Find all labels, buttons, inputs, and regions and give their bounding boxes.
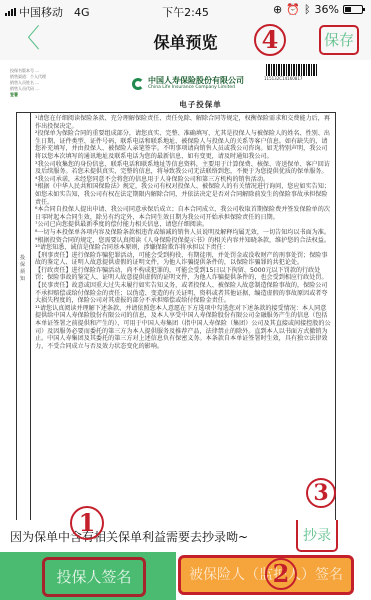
notice-paragraph: ⁵根据《中华人民共和国保险法》规定，我公司有权对投保人、被保险人的有关情况进行询… [35, 183, 331, 206]
company-name-cn: 中国人寿保险股份有限公司 [148, 76, 244, 85]
china-life-logo-icon [132, 78, 144, 90]
notice-paragraph: ¹请您在仔细阅读保险条款、充分理解保险责任、责任免除、解除合同等规定，权衡保险需… [35, 115, 331, 130]
notice-paragraph: 【行政责任】进行保险诈骗活动，尚不构成犯罪的，可能会受到15日以下拘留、5000… [35, 267, 331, 282]
barcode-icon [266, 64, 318, 76]
notice-paragraph: ¹⁰请您知悉，诚信是保险合同基本原则，涉嫌保险欺诈将承担以下责任： [35, 244, 331, 252]
hint-row: 因为保单中含有相关保单利益需要去抄录呦~ 抄录 [0, 520, 371, 550]
battery-percent: 36% [315, 3, 339, 16]
notice-side-label: 投保须知 [17, 113, 31, 522]
notice-paragraph: ⁶本合同自投保人提出申请、我公司同意承保后成立；自本合同成立、我公司收取首期保险… [35, 206, 331, 221]
status-right: ⊕ ⏰ ᛒ 36% [273, 3, 363, 16]
notice-paragraph: 【刑事责任】进行保险诈骗犯罪活动，可能会受到拘役、有期徒刑，并处罚金或没收财产的… [35, 252, 331, 267]
save-button[interactable]: 保存 [319, 25, 359, 55]
nav-bar: 〈 保单预览 保存 [0, 20, 371, 60]
battery-icon [343, 5, 363, 14]
side-label-text: 投保须知 [20, 255, 26, 283]
notice-paragraph: ⁷公司已向您提供最新季度的偿付能力相关信息，请您仔细阅读。 [35, 221, 331, 229]
barcode-number: 115132C14160817 [264, 76, 302, 81]
document-meta: 投保书版本号 ... 销售渠道：个人代理 销售人员姓名 ... 销售人员代码 .… [10, 68, 46, 98]
annotation-marker-3: 3 [306, 478, 336, 508]
document-title: 电子投保单 [0, 99, 371, 110]
annotation-marker-1: 1 [70, 506, 104, 540]
company-logo: 中国人寿保险股份有限公司 China Life Insurance Compan… [132, 76, 244, 91]
company-name-en: China Life Insurance Company Limited [148, 85, 244, 91]
applicant-sign-button[interactable]: 投保人签名 [42, 557, 146, 597]
notice-paragraph: ¹¹请您认真阅读并理解下述条款，并请依照您本人意愿在下方选项中勾选您对下述条款的… [35, 305, 331, 351]
notice-paragraph: 【民事责任】故意或因重大过失未履行如实告知义务，或者投保人、被保险人故意制造保险… [35, 282, 331, 305]
page-title: 保单预览 [0, 30, 371, 53]
notice-body: ¹请您在仔细阅读保险条款、充分理解保险责任、责任免除、解除合同等规定，权衡保险需… [31, 113, 335, 522]
notice-paragraph: ⁹根据投资合同的规定，您需要认真阅读《人身保险投保提示书》的相关内容并知晓条款，… [35, 237, 331, 245]
alarm-icon: ⏰ [286, 3, 300, 16]
bluetooth-icon: ᛒ [304, 3, 311, 16]
hint-text: 因为保单中含有相关保单利益需要去抄录呦~ [10, 528, 248, 545]
signature-line: 签署 [10, 92, 46, 98]
annotation-marker-4: 4 [254, 24, 286, 56]
location-icon: ⊕ [273, 3, 282, 16]
notice-paragraph: ³我公司收集您的身份信息、联系电话和联系地址等信息资料，主要用于计算保费、核保、… [35, 161, 331, 176]
annotation-marker-2: 2 [265, 558, 297, 590]
notice-paragraph: ²投保单为保险合同的重要组成部分，请您真实、完整、准确填写，尤其是投保人与被保险… [35, 130, 331, 160]
status-bar: 中国移动 4G 下午2:45 ⊕ ⏰ ᛒ 36% [0, 0, 371, 20]
signature-footer: 投保人签名 被保险人（监护人）签名 [0, 552, 371, 600]
notice-table: 投保须知 ¹请您在仔细阅读保险条款、充分理解保险责任、责任免除、解除合同等规定，… [16, 112, 336, 522]
notice-paragraph: ⁸一切与本投保单各项内容及保险条款相违背或缩减的销售人员说明及解释均属无效，一切… [35, 229, 331, 237]
copy-transcribe-button[interactable]: 抄录 [296, 520, 338, 552]
policy-document-preview[interactable]: 投保书版本号 ... 销售渠道：个人代理 销售人员姓名 ... 销售人员代码 .… [0, 62, 371, 522]
